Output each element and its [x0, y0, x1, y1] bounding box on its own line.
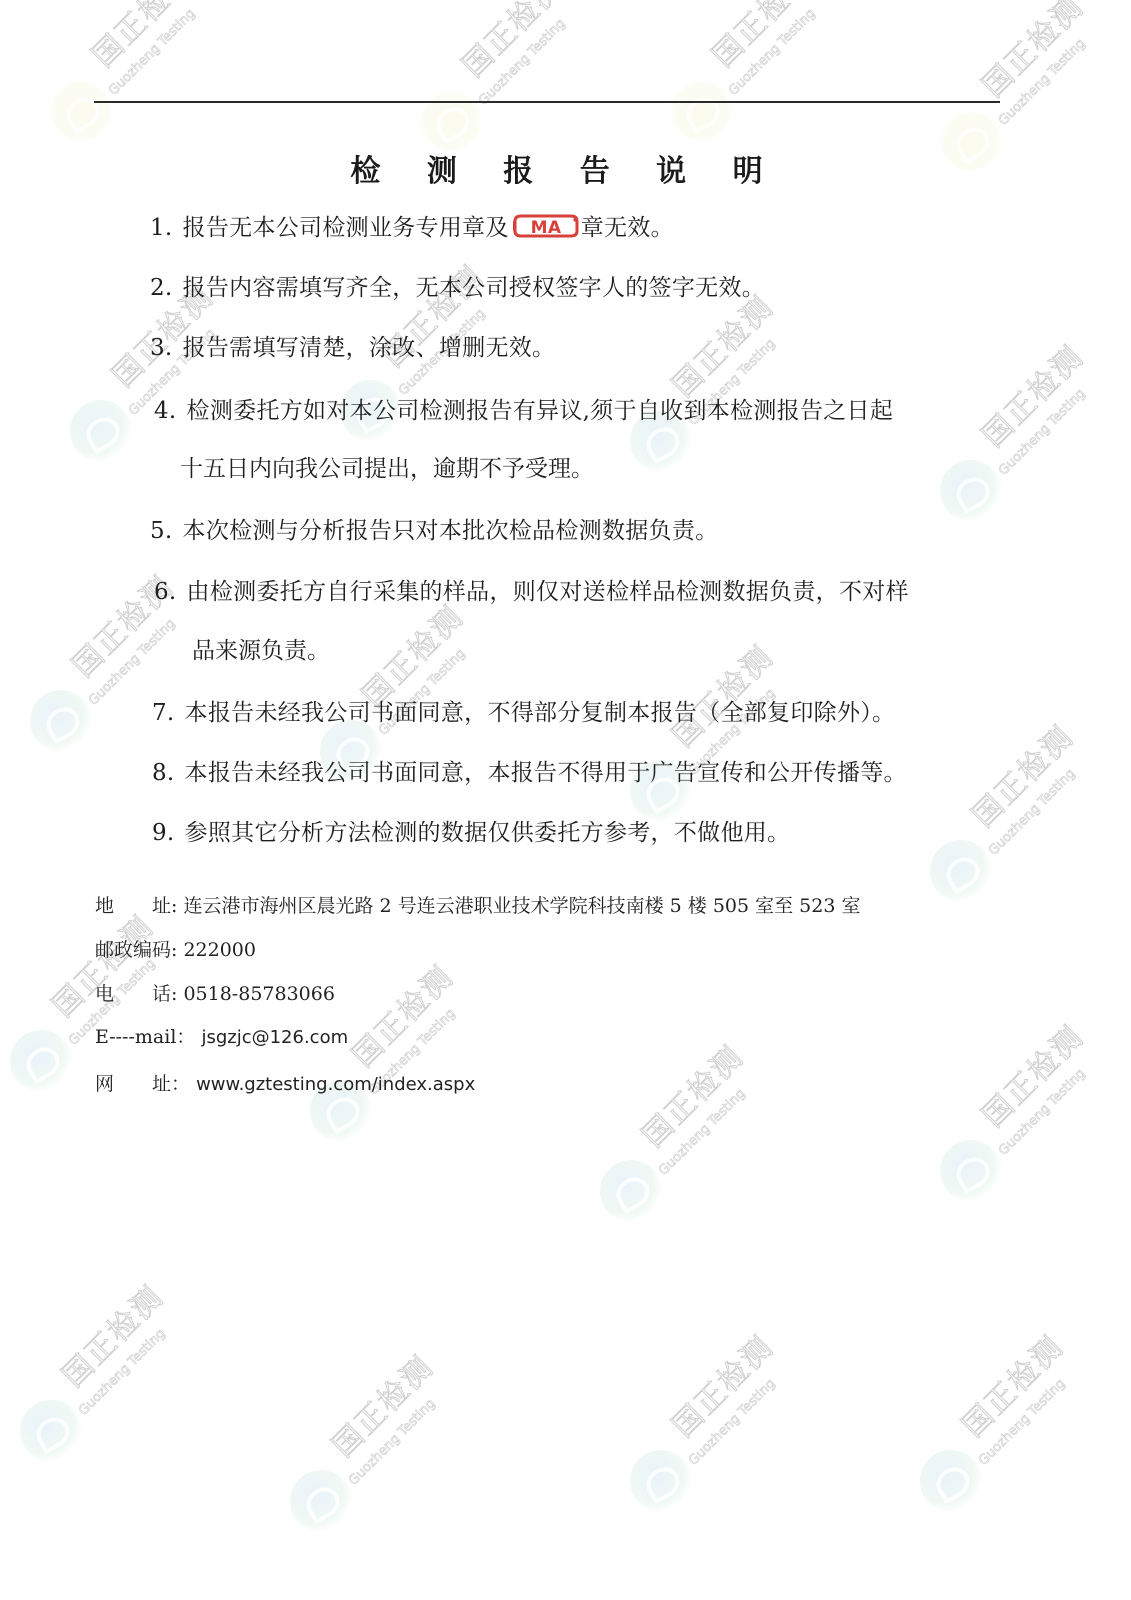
watermark: 国正检测 Guozheng Testing	[930, 390, 1130, 540]
header-rule	[94, 101, 1000, 103]
contact-website: 网 址： www.gztesting.com/index.aspx	[95, 1071, 475, 1098]
postcode-value: 222000	[183, 939, 256, 961]
contact-address: 地 址: 连云港市海州区晨光路 2 号连云港职业技术学院科技南楼 5 楼 505…	[95, 893, 860, 919]
watermark: 国正检测 Guozheng Testing	[280, 1400, 480, 1550]
contact-postcode: 邮政编码: 222000	[95, 937, 256, 963]
notice-item: 2.报告内容需填写齐全，无本公司授权签字人的签字无效。	[150, 273, 765, 303]
notice-item: 6.由检测委托方自行采集的样品，则仅对送检样品检测数据负责，不对样	[154, 577, 909, 607]
phone-label: 电 话:	[95, 981, 177, 1007]
watermark-logo-icon	[10, 1030, 72, 1092]
watermark: 国正检测 Guozheng Testing	[590, 1090, 790, 1240]
watermark-logo-icon	[50, 80, 112, 142]
watermark-logo-icon	[940, 1140, 1002, 1202]
notice-item-continuation: 品来源负责。	[192, 636, 330, 666]
watermark-logo-icon	[420, 90, 482, 152]
notice-item: 7.本报告未经我公司书面同意，不得部分复制本报告（全部复印除外）。	[152, 698, 895, 728]
page-title: 检 测 报 告 说 明	[0, 146, 1131, 190]
watermark: 国正检测 Guozheng Testing	[10, 1330, 210, 1480]
notice-item-continuation: 十五日内向我公司提出，逾期不予受理。	[180, 454, 594, 484]
notice-item: 9.参照其它分析方法检测的数据仅供委托方参考，不做他用。	[152, 818, 790, 848]
watermark-logo-icon	[20, 1400, 82, 1462]
notice-item: 3.报告需填写清楚，涂改、增删无效。	[150, 333, 555, 363]
phone-value: 0518-85783066	[183, 983, 334, 1005]
watermark-logo-icon	[70, 400, 132, 462]
watermark-logo-icon	[920, 1450, 982, 1512]
watermark-logo-icon	[670, 80, 732, 142]
watermark: 国正检测 Guozheng Testing	[40, 10, 240, 160]
watermark: 国正检测 Guozheng Testing	[660, 10, 860, 160]
watermark: 国正检测 Guozheng Testing	[20, 620, 220, 770]
website-value: www.gztesting.com/index.aspx	[196, 1074, 475, 1095]
watermark: 国正检测 Guozheng Testing	[930, 1070, 1130, 1220]
watermark-logo-icon	[290, 1470, 352, 1532]
cma-stamp-icon: MA	[513, 213, 579, 239]
watermark: 国正检测 Guozheng Testing	[620, 1380, 820, 1530]
svg-text:MA: MA	[530, 218, 561, 238]
website-label: 网 址：	[95, 1071, 190, 1097]
watermark-logo-icon	[30, 690, 92, 752]
notice-item: 5.本次检测与分析报告只对本批次检品检测数据负责。	[150, 516, 718, 546]
document-page: 国正检测 Guozheng Testing 国正检测 Guozheng Test…	[0, 0, 1131, 1600]
notice-item: 8.本报告未经我公司书面同意，本报告不得用于广告宣传和公开传播等。	[152, 758, 907, 788]
contact-email: E----mail： jsgzjc@126.com	[95, 1024, 348, 1051]
email-value: jsgzjc@126.com	[201, 1027, 348, 1048]
address-value: 连云港市海州区晨光路 2 号连云港职业技术学院科技南楼 5 楼 505 室至 5…	[183, 895, 860, 917]
watermark-logo-icon	[600, 1160, 662, 1222]
watermark: 国正检测 Guozheng Testing	[910, 1380, 1110, 1530]
notice-item: 4.检测委托方如对本公司检测报告有异议,须于自收到本检测报告之日起	[154, 396, 893, 426]
watermark-logo-icon	[630, 1450, 692, 1512]
watermark-logo-icon	[930, 840, 992, 902]
postcode-label: 邮政编码:	[95, 937, 177, 963]
contact-phone: 电 话: 0518-85783066	[95, 981, 335, 1007]
address-label: 地 址:	[95, 893, 177, 919]
watermark-logo-icon	[940, 460, 1002, 522]
email-label: E----mail：	[95, 1024, 195, 1050]
notice-item: 1.报告无本公司检测业务专用章及 MA 章无效。	[150, 213, 674, 243]
watermark: 国正检测 Guozheng Testing	[920, 770, 1120, 920]
